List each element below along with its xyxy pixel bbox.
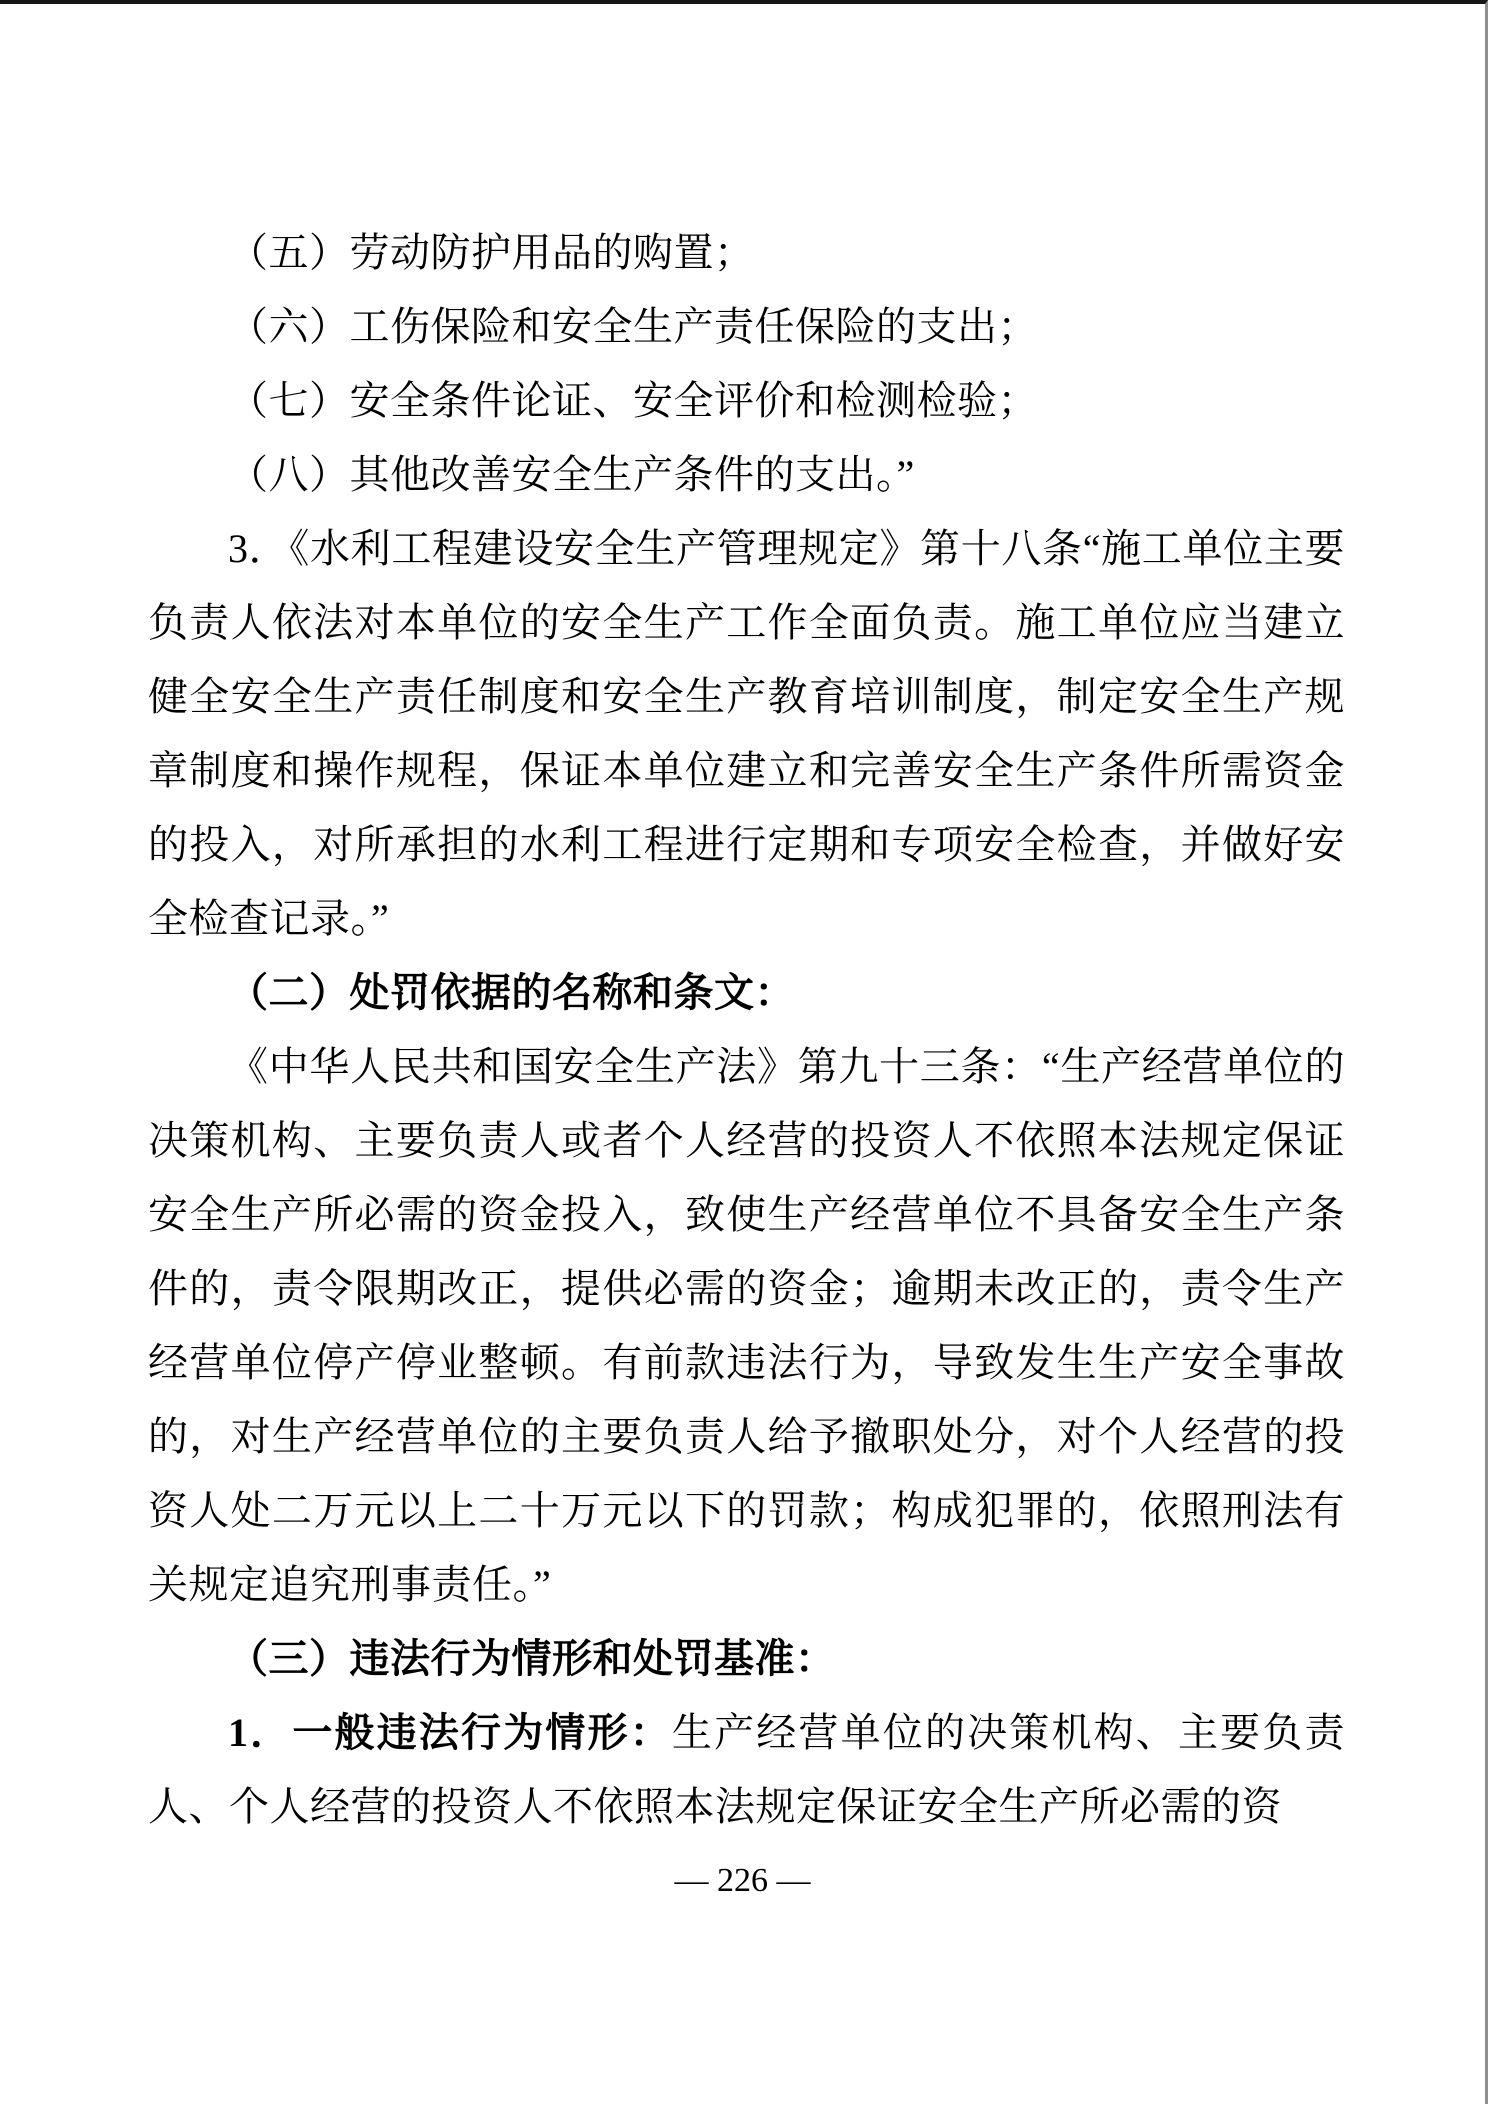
heading-penalty-basis: （二）处罚依据的名称和条文： xyxy=(148,956,1345,1030)
paragraph-general-violation: 1．一般违法行为情形：生产经营单位的决策机构、主要负责人、个人经营的投资人不依照… xyxy=(148,1696,1345,1844)
list-item-8: （八）其他改善安全生产条件的支出。” xyxy=(148,438,1345,512)
list-item-6: （六）工伤保险和安全生产责任保险的支出； xyxy=(148,290,1345,364)
paragraph-law-article: 《中华人民共和国安全生产法》第九十三条：“生产经营单位的决策机构、主要负责人或者… xyxy=(148,1030,1345,1622)
list-item-7: （七）安全条件论证、安全评价和检测检验； xyxy=(148,364,1345,438)
general-violation-lead: 1．一般违法行为情形： xyxy=(228,1710,672,1755)
list-item-5: （五）劳动防护用品的购置； xyxy=(148,216,1345,290)
paragraph-regulation: 3．《水利工程建设安全生产管理规定》第十八条“施工单位主要负责人依法对本单位的安… xyxy=(148,512,1345,956)
heading-violation-situations: （三）违法行为情形和处罚基准： xyxy=(148,1622,1345,1696)
document-content: （五）劳动防护用品的购置； （六）工伤保险和安全生产责任保险的支出； （七）安全… xyxy=(148,216,1345,1844)
document-page: （五）劳动防护用品的购置； （六）工伤保险和安全生产责任保险的支出； （七）安全… xyxy=(0,0,1488,2104)
page-number: — 226 — xyxy=(0,1844,1485,1918)
